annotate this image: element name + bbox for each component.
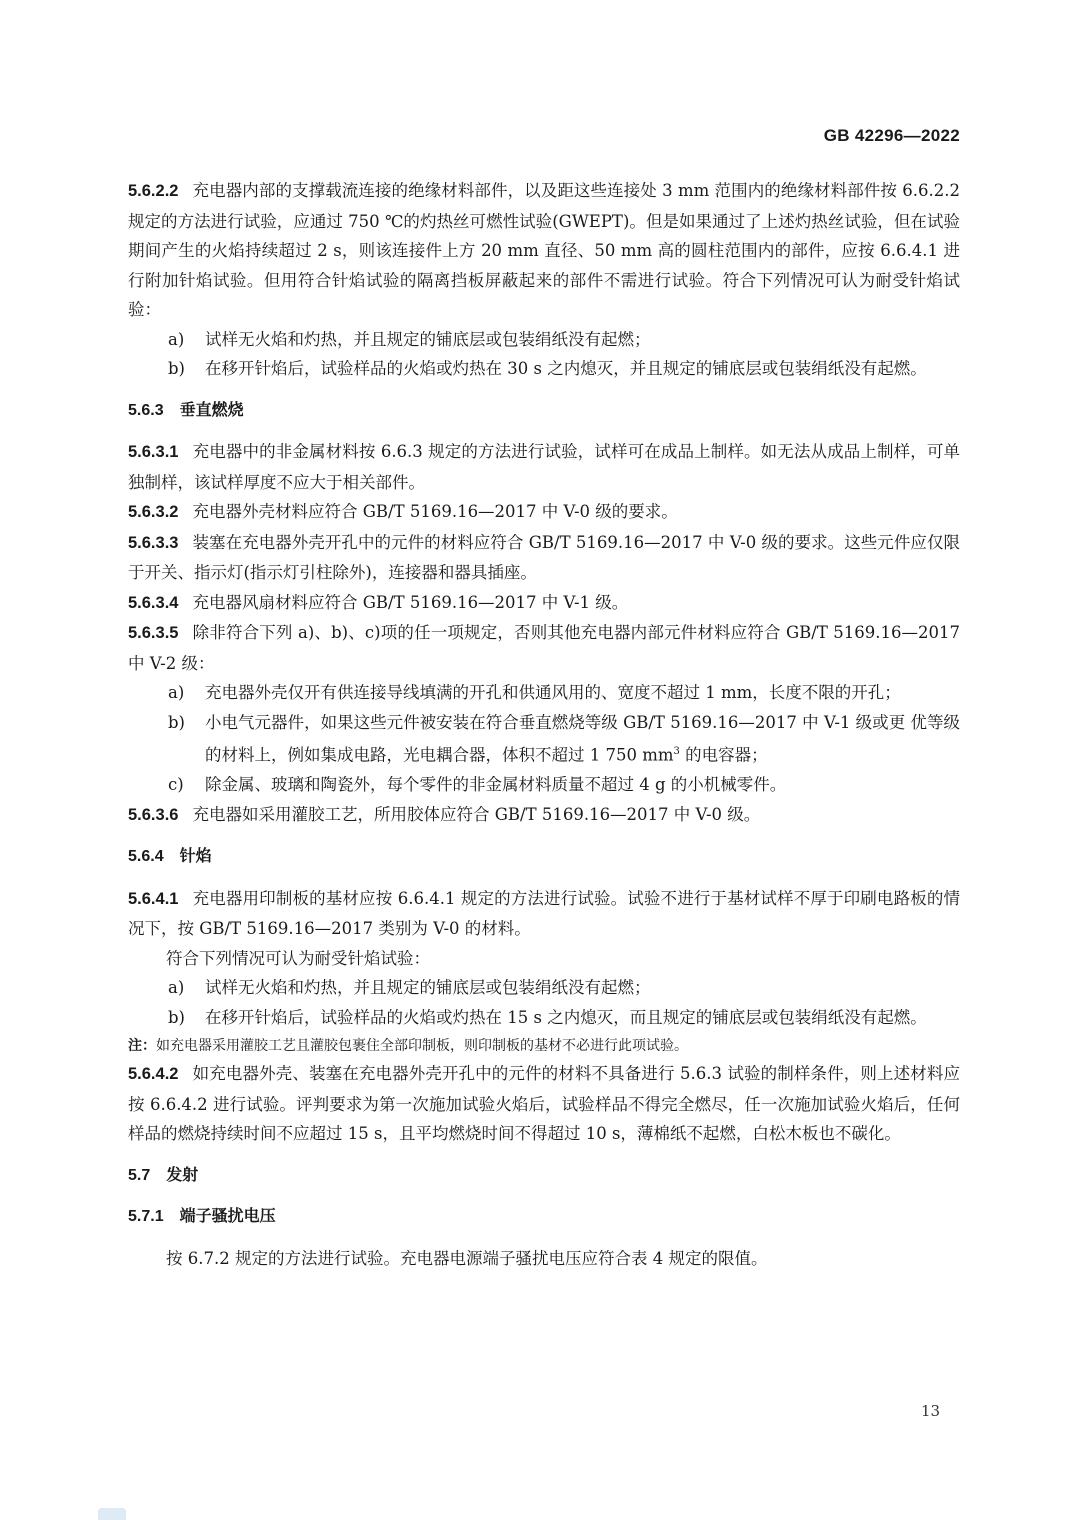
list-text: 在移开针焰后，试验样品的火焰或灼热在 15 s 之内熄灭，而且规定的铺底层或包装… bbox=[205, 1008, 927, 1027]
list-item: b)在移开针焰后，试验样品的火焰或灼热在 15 s 之内熄灭，而且规定的铺底层或… bbox=[128, 1003, 960, 1033]
clause-text: 充电器用印制板的基材应按 6.6.4.1 规定的方法进行试验。试验不进行于基材试… bbox=[128, 889, 960, 939]
section-number: 5.6.3 bbox=[128, 402, 164, 419]
standard-id-header: GB 42296—2022 bbox=[824, 126, 960, 146]
clause-number: 5.6.3.6 bbox=[128, 806, 178, 824]
list-text: 试样无火焰和灼热，并且规定的铺底层或包装绢纸没有起燃； bbox=[205, 330, 651, 349]
list-item: c)除金属、玻璃和陶瓷外，每个零件的非金属材料质量不超过 4 g 的小机械零件。 bbox=[128, 770, 960, 800]
clause-text: 如充电器外壳、装塞在充电器外壳开孔中的元件的材料不具备进行 5.6.3 试验的制… bbox=[128, 1064, 960, 1143]
clause-text: 充电器外壳材料应符合 GB/T 5169.16—2017 中 V-0 级的要求。 bbox=[192, 502, 677, 521]
section-number: 5.7 bbox=[128, 1167, 150, 1184]
section-title: 端子骚扰电压 bbox=[180, 1208, 276, 1225]
note-label: 注： bbox=[128, 1037, 156, 1053]
clause-5-6-4-1: 5.6.4.1充电器用印制板的基材应按 6.6.4.1 规定的方法进行试验。试验… bbox=[128, 884, 960, 944]
clause-text: 充电器如采用灌胶工艺，所用胶体应符合 GB/T 5169.16—2017 中 V… bbox=[192, 805, 760, 824]
list-text: 试样无火焰和灼热，并且规定的铺底层或包装绢纸没有起燃； bbox=[205, 978, 651, 997]
section-title: 发射 bbox=[166, 1167, 198, 1184]
clause-number: 5.6.3.4 bbox=[128, 594, 178, 612]
list-item: a)试样无火焰和灼热，并且规定的铺底层或包装绢纸没有起燃； bbox=[128, 973, 960, 1003]
note-text: 如充电器采用灌胶工艺且灌胶包裹住全部印制板，则印制板的基材不必进行此项试验。 bbox=[156, 1038, 688, 1054]
clause-5-6-3-3: 5.6.3.3装塞在充电器外壳开孔中的元件的材料应符合 GB/T 5169.16… bbox=[128, 528, 960, 588]
clause-text: 充电器内部的支撑载流连接的绝缘材料部件，以及距这些连接处 3 mm 范围内的绝缘… bbox=[128, 181, 960, 319]
list-intro: 符合下列情况可认为耐受针焰试验： bbox=[128, 944, 960, 974]
section-heading-5-7: 5.7发射 bbox=[128, 1161, 960, 1191]
clause-number: 5.6.4.1 bbox=[128, 890, 178, 908]
section-title: 针焰 bbox=[180, 848, 212, 865]
list-label: b) bbox=[168, 1003, 185, 1033]
section-title: 垂直燃烧 bbox=[180, 402, 244, 419]
clause-text: 除非符合下列 a)、b)、c)项的任一项规定，否则其他充电器内部元件材料应符合 … bbox=[128, 623, 960, 673]
watermark-logo-icon bbox=[98, 1508, 126, 1520]
list-item: a)充电器外壳仅开有供连接导线填满的开孔和供通风用的、宽度不超过 1 mm，长度… bbox=[128, 678, 960, 708]
section-heading-5-6-3: 5.6.3垂直燃烧 bbox=[128, 396, 960, 426]
clause-5-6-3-5: 5.6.3.5除非符合下列 a)、b)、c)项的任一项规定，否则其他充电器内部元… bbox=[128, 618, 960, 678]
clause-5-7-1-text: 按 6.7.2 规定的方法进行试验。充电器电源端子骚扰电压应符合表 4 规定的限… bbox=[128, 1244, 960, 1274]
section-heading-5-7-1: 5.7.1端子骚扰电压 bbox=[128, 1202, 960, 1232]
clause-5-6-3-4: 5.6.3.4充电器风扇材料应符合 GB/T 5169.16—2017 中 V-… bbox=[128, 588, 960, 619]
list-text-tail: 的电容器； bbox=[680, 746, 768, 765]
list-text: 充电器外壳仅开有供连接导线填满的开孔和供通风用的、宽度不超过 1 mm，长度不限… bbox=[205, 683, 901, 702]
page-number: 13 bbox=[921, 1402, 940, 1420]
clause-number: 5.6.3.2 bbox=[128, 503, 178, 521]
clause-number: 5.6.3.1 bbox=[128, 443, 178, 461]
clause-number: 5.6.3.5 bbox=[128, 624, 178, 642]
note: 注：如充电器采用灌胶工艺且灌胶包裹住全部印制板，则印制板的基材不必进行此项试验。 bbox=[128, 1032, 960, 1059]
list-label: b) bbox=[168, 354, 185, 384]
list-text: 在移开针焰后，试验样品的火焰或灼热在 30 s 之内熄灭，并且规定的铺底层或包装… bbox=[205, 359, 927, 378]
list-text: 小电气元器件，如果这些元件被安装在符合垂直燃烧等级 GB/T 5169.16—2… bbox=[205, 713, 960, 765]
clause-5-6-3-6: 5.6.3.6充电器如采用灌胶工艺，所用胶体应符合 GB/T 5169.16—2… bbox=[128, 800, 960, 831]
list-label: a) bbox=[168, 973, 184, 1003]
list-item: a)试样无火焰和灼热，并且规定的铺底层或包装绢纸没有起燃； bbox=[128, 325, 960, 355]
list-item: b)在移开针焰后，试验样品的火焰或灼热在 30 s 之内熄灭，并且规定的铺底层或… bbox=[128, 354, 960, 384]
clause-5-6-2-2: 5.6.2.2充电器内部的支撑载流连接的绝缘材料部件，以及距这些连接处 3 mm… bbox=[128, 176, 960, 325]
list-label: a) bbox=[168, 325, 184, 355]
clause-text: 装塞在充电器外壳开孔中的元件的材料应符合 GB/T 5169.16—2017 中… bbox=[128, 533, 960, 583]
list-text: 除金属、玻璃和陶瓷外，每个零件的非金属材料质量不超过 4 g 的小机械零件。 bbox=[205, 775, 786, 794]
clause-number: 5.6.2.2 bbox=[128, 182, 178, 200]
list-item: b)小电气元器件，如果这些元件被安装在符合垂直燃烧等级 GB/T 5169.16… bbox=[128, 708, 960, 771]
section-number: 5.6.4 bbox=[128, 848, 164, 865]
list-label: b) bbox=[168, 708, 185, 738]
document-body: 5.6.2.2充电器内部的支撑载流连接的绝缘材料部件，以及距这些连接处 3 mm… bbox=[128, 176, 960, 1273]
clause-text: 充电器中的非金属材料按 6.6.3 规定的方法进行试验，试样可在成品上制样。如无… bbox=[128, 442, 960, 492]
clause-number: 5.6.3.3 bbox=[128, 534, 178, 552]
clause-text: 充电器风扇材料应符合 GB/T 5169.16—2017 中 V-1 级。 bbox=[192, 593, 628, 612]
section-heading-5-6-4: 5.6.4针焰 bbox=[128, 842, 960, 872]
list-label: a) bbox=[168, 678, 184, 708]
list-label: c) bbox=[168, 770, 184, 800]
section-number: 5.7.1 bbox=[128, 1208, 164, 1225]
clause-5-6-3-1: 5.6.3.1充电器中的非金属材料按 6.6.3 规定的方法进行试验，试样可在成… bbox=[128, 437, 960, 497]
clause-5-6-3-2: 5.6.3.2充电器外壳材料应符合 GB/T 5169.16—2017 中 V-… bbox=[128, 497, 960, 528]
clause-number: 5.6.4.2 bbox=[128, 1065, 178, 1083]
clause-5-6-4-2: 5.6.4.2如充电器外壳、装塞在充电器外壳开孔中的元件的材料不具备进行 5.6… bbox=[128, 1059, 960, 1149]
